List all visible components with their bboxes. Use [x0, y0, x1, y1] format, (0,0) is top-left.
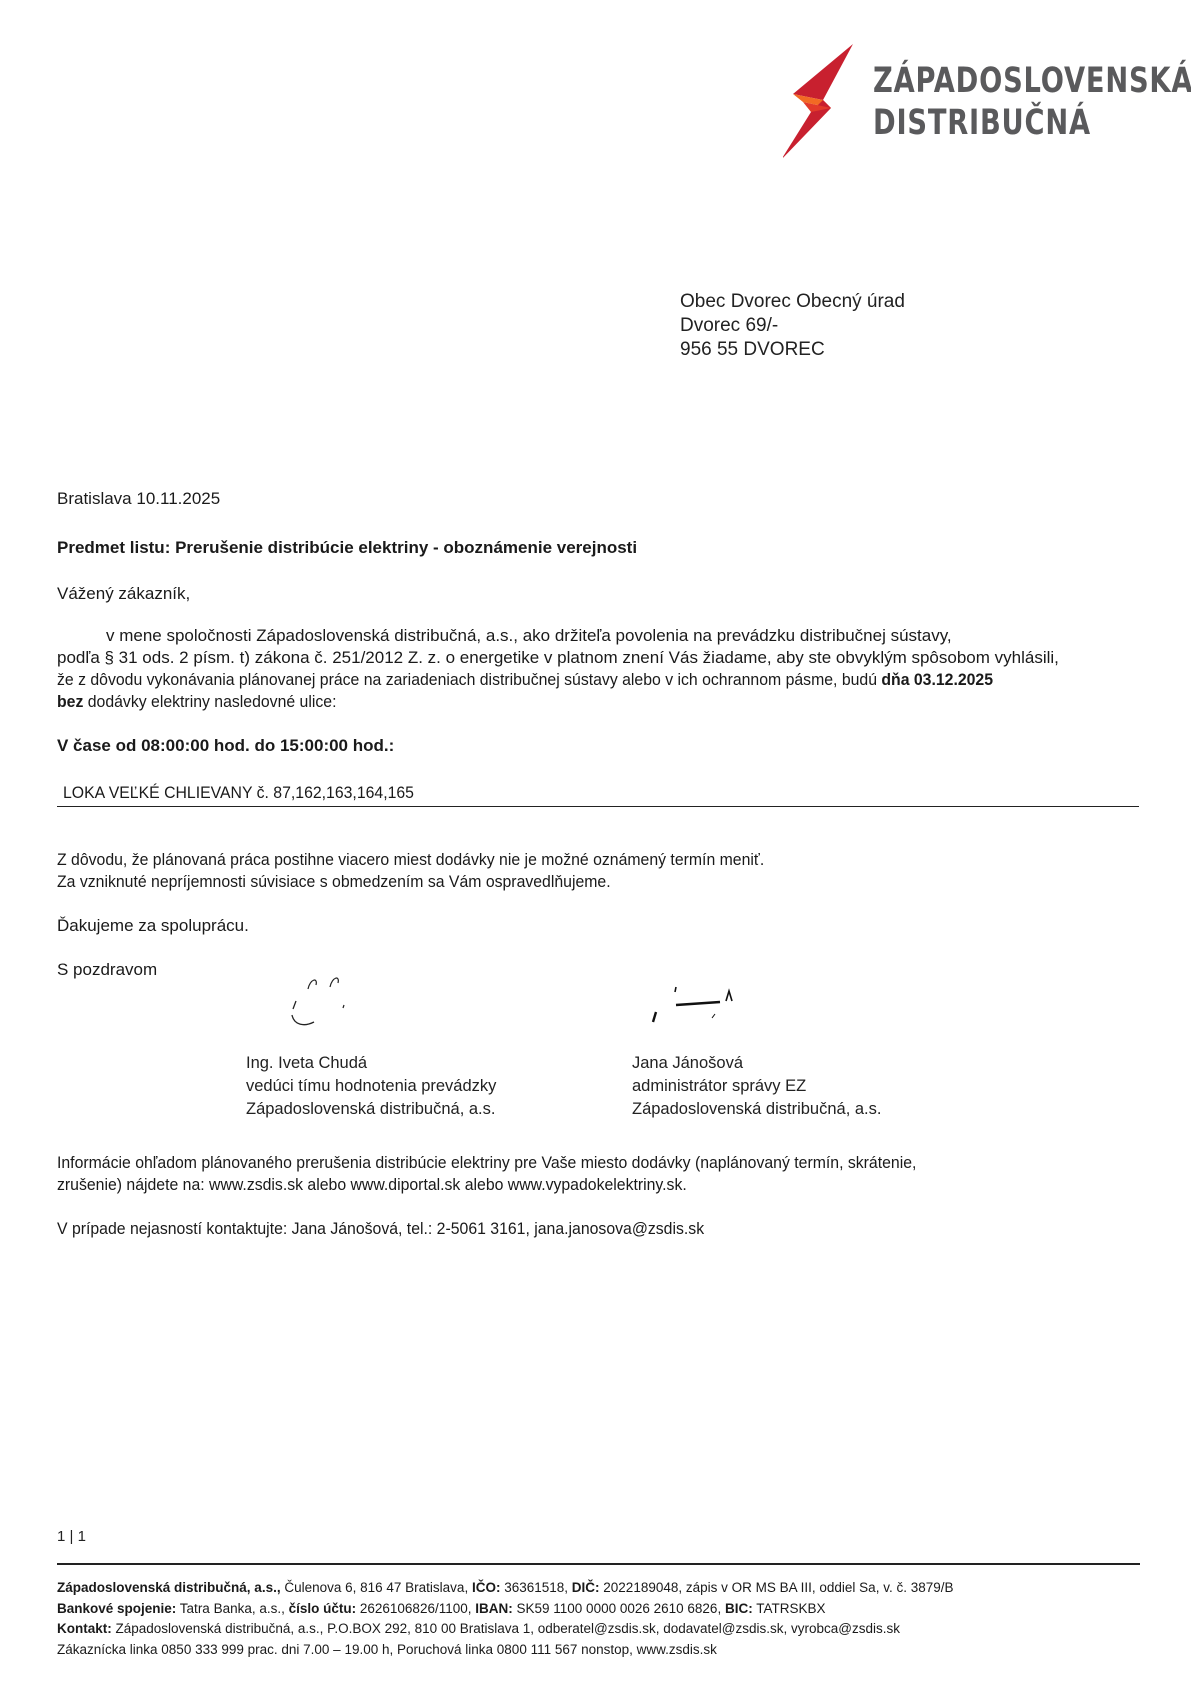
para1-line4: bez dodávky elektriny nasledovné ulice: [57, 692, 336, 712]
footer-divider [57, 1563, 1140, 1565]
footer-contact-value: Západoslovenská distribučná, a.s., P.O.B… [112, 1621, 900, 1636]
para1-line4-text: dodávky elektriny nasledovné ulice: [83, 692, 336, 711]
footer-line-2: Bankové spojenie: Tatra Banka, a.s., čís… [57, 1599, 953, 1620]
footer-ico-label: IČO: [472, 1580, 501, 1595]
para1-line3-text: že z dôvodu vykonávania plánovanej práce… [57, 670, 881, 689]
closing-text: S pozdravom [57, 960, 157, 980]
recipient-name: Obec Dvorec Obecný úrad [680, 290, 905, 314]
para1-line4-bold: bez [57, 692, 83, 711]
footer-bank-value: Tatra Banka, a.s., [176, 1601, 288, 1616]
place-date: Bratislava 10.11.2025 [57, 489, 220, 509]
page-number: 1 | 1 [57, 1528, 86, 1545]
thanks-text: Ďakujeme za spoluprácu. [57, 916, 249, 936]
signatory-1-name: Ing. Iveta Chudá [246, 1052, 496, 1075]
footer-line-1: Západoslovenská distribučná, a.s., Čulen… [57, 1578, 953, 1599]
footer-bic-label: BIC: [725, 1601, 753, 1616]
signature-image-janosova [640, 985, 750, 1035]
signatory-2-title: administrátor správy EZ [632, 1075, 881, 1098]
signatory-2-name: Jana Jánošová [632, 1052, 881, 1075]
signatory-1-title: vedúci tímu hodnotenia prevádzky [246, 1075, 496, 1098]
contact-line: V prípade nejasností kontaktujte: Jana J… [57, 1219, 704, 1239]
signatory-1-company: Západoslovenská distribučná, a.s. [246, 1098, 496, 1121]
footer-bank-label: Bankové spojenie: [57, 1601, 176, 1616]
street-list-item: LOKA VEĽKÉ CHLIEVANY č. 87,162,163,164,1… [63, 783, 414, 803]
recipient-address: Obec Dvorec Obecný úrad Dvorec 69/- 956 … [680, 290, 905, 362]
para1-line1: v mene spoločnosti Západoslovenská distr… [106, 626, 952, 646]
lightning-bolt-icon [783, 42, 873, 162]
footer-account-label: číslo účtu: [289, 1601, 357, 1616]
signatory-1: Ing. Iveta Chudá vedúci tímu hodnotenia … [246, 1052, 496, 1121]
info-line2: zrušenie) nájdete na: www.zsdis.sk alebo… [57, 1175, 687, 1195]
recipient-city: 956 55 DVOREC [680, 338, 905, 362]
footer-address: Čulenova 6, 816 47 Bratislava, [281, 1580, 472, 1595]
para2-line2: Za vzniknuté nepríjemnosti súvisiace s o… [57, 872, 611, 892]
footer-iban-label: IBAN: [475, 1601, 513, 1616]
logo-line-2: DISTRIBUČNÁ [873, 102, 1191, 144]
info-line1: Informácie ohľadom plánovaného prerušeni… [57, 1153, 916, 1173]
footer-ico-value: 36361518, [500, 1580, 571, 1595]
signatory-2-company: Západoslovenská distribučná, a.s. [632, 1098, 881, 1121]
footer-dic-label: DIČ: [572, 1580, 600, 1595]
logo-line-1: ZÁPADOSLOVENSKÁ [873, 60, 1191, 102]
signature-image-chuda [280, 975, 390, 1035]
footer-company-label: Západoslovenská distribučná, a.s., [57, 1580, 281, 1595]
street-list-underline [57, 806, 1139, 807]
footer-dic-value: 2022189048, zápis v OR MS BA III, oddiel… [600, 1580, 954, 1595]
footer-line-3: Kontakt: Západoslovenská distribučná, a.… [57, 1619, 953, 1640]
para2-line1: Z dôvodu, že plánovaná práca postihne vi… [57, 850, 764, 870]
footer: Západoslovenská distribučná, a.s., Čulen… [57, 1578, 953, 1660]
para1-line2: podľa § 31 ods. 2 písm. t) zákona č. 251… [57, 648, 1059, 668]
recipient-street: Dvorec 69/- [680, 314, 905, 338]
footer-contact-label: Kontakt: [57, 1621, 112, 1636]
outage-date: dňa 03.12.2025 [881, 670, 993, 689]
outage-time-window: V čase od 08:00:00 hod. do 15:00:00 hod.… [57, 736, 394, 756]
footer-iban-value: SK59 1100 0000 0026 2610 6826, [513, 1601, 725, 1616]
signatory-2: Jana Jánošová administrátor správy EZ Zá… [632, 1052, 881, 1121]
footer-line-4: Zákaznícka linka 0850 333 999 prac. dni … [57, 1640, 953, 1661]
salutation: Vážený zákazník, [57, 584, 190, 604]
footer-bic-value: TATRSKBX [753, 1601, 826, 1616]
company-logo: ZÁPADOSLOVENSKÁ DISTRIBUČNÁ [783, 42, 1143, 162]
logo-wordmark: ZÁPADOSLOVENSKÁ DISTRIBUČNÁ [873, 60, 1191, 144]
footer-account-value: 2626106826/1100, [356, 1601, 475, 1616]
letter-subject: Predmet listu: Prerušenie distribúcie el… [57, 538, 637, 558]
para1-line3: že z dôvodu vykonávania plánovanej práce… [57, 670, 993, 690]
